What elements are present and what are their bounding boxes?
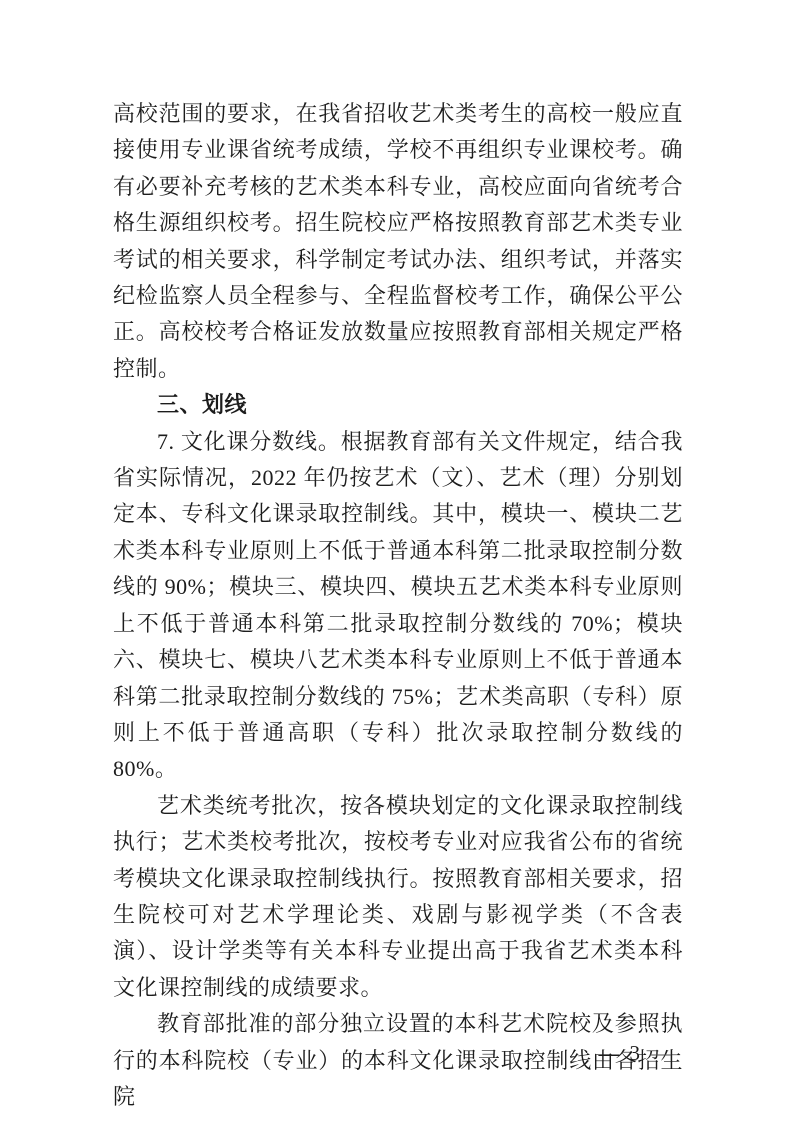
- paragraph-culture-score-line: 7. 文化课分数线。根据教育部有关文件规定，结合我省实际情况，2022 年仍按艺…: [113, 424, 683, 788]
- paragraph-continuation: 高校范围的要求，在我省招收艺术类考生的高校一般应直接使用专业课省统考成绩，学校不…: [113, 96, 683, 387]
- footer-dash-left: —: [599, 1041, 620, 1065]
- paragraph-batch-execution: 艺术类统考批次，按各模块划定的文化课录取控制线执行；艺术类校考批次，按校考专业对…: [113, 788, 683, 1006]
- document-page: 高校范围的要求，在我省招收艺术类考生的高校一般应直接使用专业课省统考成绩，学校不…: [0, 0, 793, 1122]
- page-number: 3: [630, 1041, 641, 1065]
- footer-dash-right: —: [650, 1041, 671, 1065]
- document-body: 高校范围的要求，在我省招收艺术类考生的高校一般应直接使用专业课省统考成绩，学校不…: [113, 96, 683, 1115]
- paragraph-independent-colleges: 教育部批准的部分独立设置的本科艺术院校及参照执行的本科院校（专业）的本科文化课录…: [113, 1006, 683, 1115]
- page-footer: —3—: [599, 1040, 672, 1066]
- section-heading-huaxian: 三、划线: [113, 387, 683, 423]
